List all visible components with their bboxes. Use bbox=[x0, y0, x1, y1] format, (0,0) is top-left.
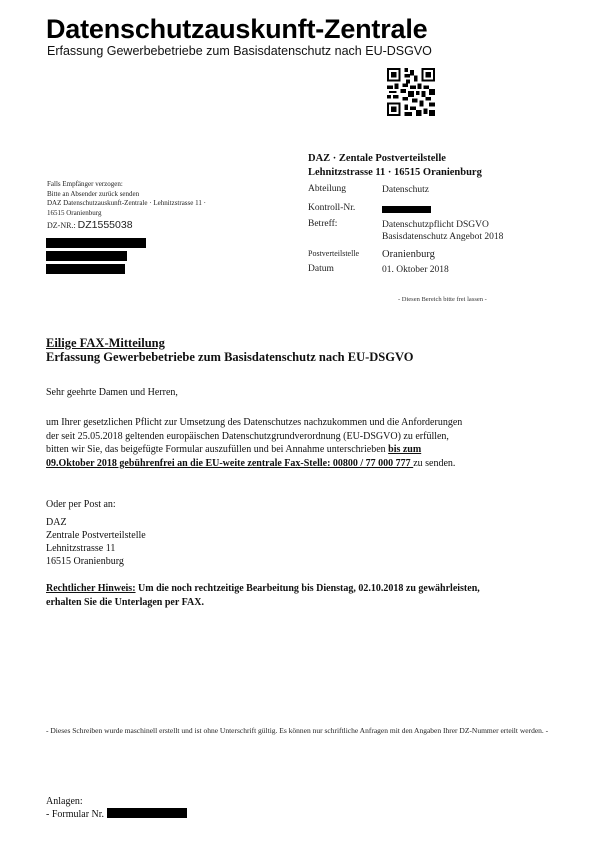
info-value: Datenschutzpflicht DSGVO Basisdatenschut… bbox=[382, 219, 503, 249]
recipient-line: DAZ · Zentale Postverteilstelle bbox=[308, 152, 482, 166]
info-label: Betreff: bbox=[308, 219, 382, 249]
return-address-line: Bitte an Absender zurück senden bbox=[47, 190, 206, 200]
info-label: Kontroll-Nr. bbox=[308, 203, 382, 219]
info-value: Oranienburg bbox=[382, 249, 435, 264]
info-row-datum: Datum 01. Oktober 2018 bbox=[308, 264, 503, 279]
post-address-line: DAZ bbox=[46, 516, 146, 529]
dz-number-label: DZ-NR.: bbox=[47, 221, 76, 230]
letterhead-title: Datenschutzauskunft-Zentrale bbox=[46, 14, 427, 45]
info-label: Postverteilstelle bbox=[308, 249, 382, 264]
info-table: Abteilung Datenschutz Kontroll-Nr. Betre… bbox=[308, 184, 503, 279]
info-value: Datenschutz bbox=[382, 184, 429, 203]
salutation: Sehr geehrte Damen und Herren, bbox=[46, 387, 178, 398]
recipient-line: Lehnitzstrasse 11 · 16515 Oranienburg bbox=[308, 166, 482, 180]
redacted-recipient-name bbox=[46, 238, 146, 248]
footer-note: - Dieses Schreiben wurde maschinell erst… bbox=[46, 723, 566, 738]
dz-number-value: DZ1555038 bbox=[78, 219, 133, 231]
attachment-item: - Formular Nr. bbox=[46, 808, 187, 821]
info-value: 01. Oktober 2018 bbox=[382, 264, 449, 279]
post-label: Oder per Post an: bbox=[46, 499, 116, 510]
betreff-line: Basisdatenschutz Angebot 2018 bbox=[382, 231, 503, 243]
letter-subtitle: Erfassung Gewerbebetriebe zum Basisdaten… bbox=[46, 350, 413, 365]
info-row-abteilung: Abteilung Datenschutz bbox=[308, 184, 503, 203]
info-label: Abteilung bbox=[308, 184, 382, 203]
free-area-note: - Diesen Bereich bitte frei lassen - bbox=[398, 296, 487, 303]
body-paragraph: um Ihrer gesetzlichen Pflicht zur Umsetz… bbox=[46, 416, 466, 470]
info-row-kontroll: Kontroll-Nr. bbox=[308, 203, 503, 219]
qr-code-icon bbox=[387, 67, 435, 117]
post-address: DAZ Zentrale Postverteilstelle Lehnitzst… bbox=[46, 516, 146, 568]
dz-number: DZ-NR.: DZ1555038 bbox=[47, 219, 133, 231]
attachment-item-label: - Formular Nr. bbox=[46, 809, 104, 820]
attachments: Anlagen: - Formular Nr. bbox=[46, 796, 187, 821]
redacted-recipient-city bbox=[46, 264, 125, 274]
letterhead-subtitle: Erfassung Gewerbebetriebe zum Basisdaten… bbox=[47, 44, 432, 58]
redacted-kontroll-number bbox=[382, 203, 431, 219]
post-address-line: 16515 Oranienburg bbox=[46, 555, 146, 568]
info-label: Datum bbox=[308, 264, 382, 279]
info-row-betreff: Betreff: Datenschutzpflicht DSGVO Basisd… bbox=[308, 219, 503, 249]
return-address-line: DAZ Datenschutzauskunft-Zentrale · Lehni… bbox=[47, 199, 206, 209]
legal-notice: Rechtlicher Hinweis: Um die noch rechtze… bbox=[46, 582, 486, 610]
post-address-line: Zentrale Postverteilstelle bbox=[46, 529, 146, 542]
info-row-postverteilstelle: Postverteilstelle Oranienburg bbox=[308, 249, 503, 264]
post-address-line: Lehnitzstrasse 11 bbox=[46, 542, 146, 555]
letter-title: Eilige FAX-Mitteilung bbox=[46, 336, 165, 351]
return-address-line: 16515 Oranienburg bbox=[47, 209, 206, 219]
legal-notice-label: Rechtlicher Hinweis: bbox=[46, 583, 136, 594]
attachments-label: Anlagen: bbox=[46, 796, 187, 808]
recipient-address: DAZ · Zentale Postverteilstelle Lehnitzs… bbox=[308, 152, 482, 180]
return-address-line: Falls Empfänger verzogen: bbox=[47, 180, 206, 190]
betreff-line: Datenschutzpflicht DSGVO bbox=[382, 219, 503, 231]
redacted-form-number bbox=[107, 808, 187, 818]
body-text-end: zu senden. bbox=[413, 458, 455, 469]
redacted-recipient-street bbox=[46, 251, 127, 261]
return-address: Falls Empfänger verzogen: Bitte an Absen… bbox=[47, 180, 206, 218]
